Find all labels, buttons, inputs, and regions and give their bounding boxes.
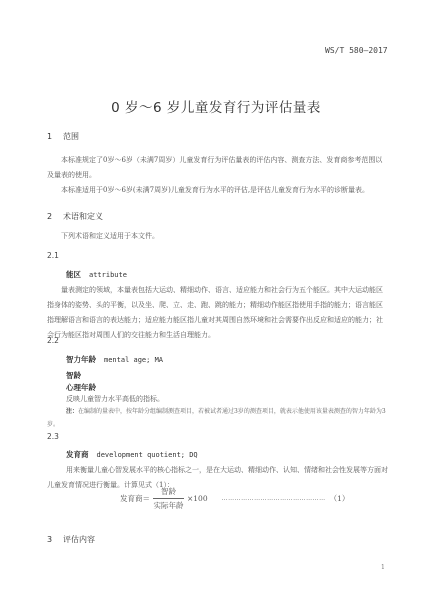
formula-fraction: 智龄 实际年龄 [153, 486, 184, 511]
scope-paragraph-2: 本标准适用于0岁～6岁(未满7周岁)儿童发育行为水平的评估,是评估儿童发育行为水… [47, 183, 389, 198]
term-number-2-2: 2.2 [47, 336, 59, 345]
section-1-heading: 1范围 [47, 131, 79, 142]
page-number: 1 [381, 564, 385, 571]
synonym-1: 智龄 [66, 370, 81, 381]
formula-denominator: 实际年龄 [154, 499, 184, 511]
term-number-2-1: 2.1 [47, 251, 59, 260]
section-title: 范围 [63, 132, 79, 141]
formula-dq: 发育商＝ 智龄 实际年龄 ×100 ………………………………………… （1） [120, 486, 349, 511]
term-en: development quotient; DQ [97, 451, 198, 459]
formula-numerator: 智龄 [153, 486, 184, 499]
term-number-2-3: 2.3 [47, 432, 59, 441]
term-definition-attribute: 量表测定的领域，本量表包括大运动、精细动作、语言、适应能力和社会行为五个能区。其… [47, 283, 389, 343]
section-title: 术语和定义 [63, 212, 103, 221]
section-title: 评估内容 [63, 535, 95, 544]
document-title: 0 岁～6 岁儿童发育行为评估量表 [0, 96, 432, 116]
section-3-heading: 3评估内容 [47, 534, 95, 545]
term-mental-age: 智力年龄mental age; MA [66, 354, 163, 365]
note-label: 注： [66, 408, 78, 415]
section-number: 2 [47, 212, 63, 221]
term-attribute: 能区attribute [66, 269, 127, 280]
term-en: mental age; MA [104, 356, 163, 364]
section-2-heading: 2术语和定义 [47, 211, 103, 222]
section-number: 3 [47, 535, 63, 544]
standard-code: WS/T 580—2017 [325, 46, 388, 55]
equation-number: （1） [330, 493, 350, 504]
section-number: 1 [47, 132, 63, 141]
term-dq: 发育商development quotient; DQ [66, 449, 198, 460]
term-en: attribute [89, 271, 127, 279]
formula-lhs: 发育商＝ [120, 493, 150, 504]
term-cn: 智力年龄 [66, 355, 96, 364]
scope-paragraph-1: 本标准规定了0岁～6岁（未满7周岁）儿童发育行为评估量表的评估内容、测查方法、发… [47, 153, 389, 183]
term-cn: 能区 [66, 270, 81, 279]
formula-multiplier: ×100 [187, 494, 208, 503]
terms-intro: 下列术语和定义适用于本文件。 [61, 229, 159, 244]
note-text: 在编制的量表中，按年龄分组编制测查项目，若被试者通过3岁的测查项目，就表示他使用… [47, 408, 386, 428]
formula-leader-dots: ………………………………………… [222, 495, 326, 502]
note-mental-age: 注：在编制的量表中，按年龄分组编制测查项目，若被试者通过3岁的测查项目，就表示他… [47, 405, 389, 431]
term-cn: 发育商 [66, 450, 89, 459]
